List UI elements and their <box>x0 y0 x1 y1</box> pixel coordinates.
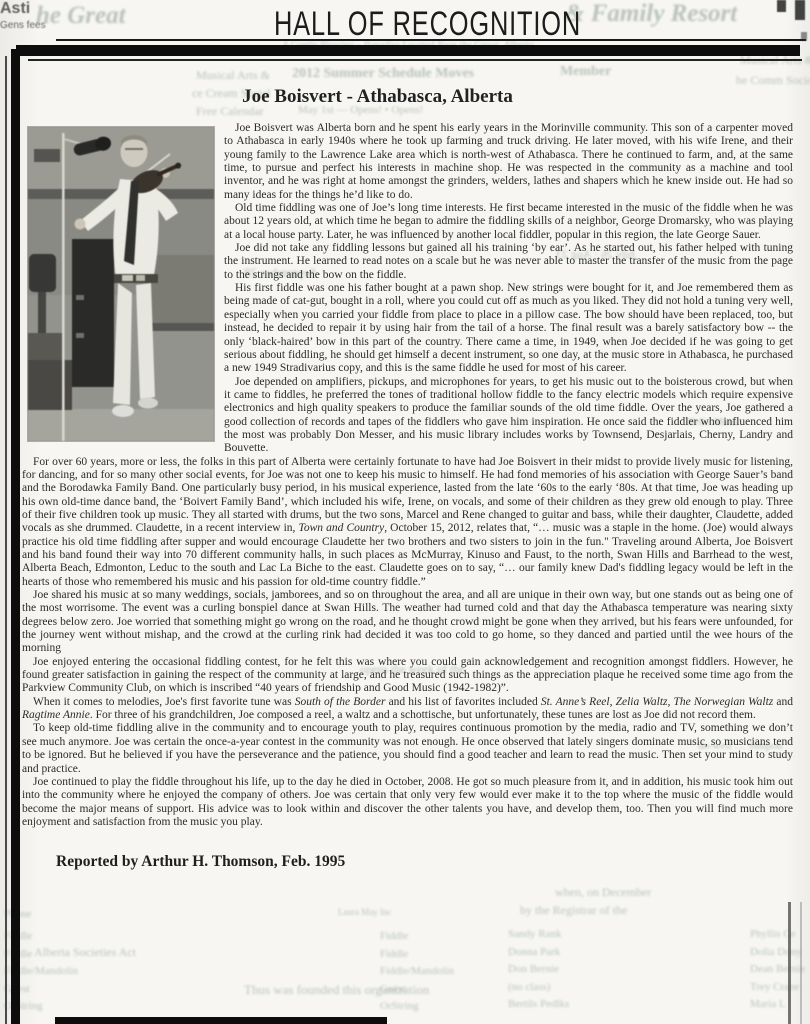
article-paragraph: When it comes to melodies, Joe's first f… <box>22 696 793 723</box>
bleedthrough-text: by the Registrar of the <box>520 904 627 917</box>
article-paragraph: Joe continued to play the fiddle through… <box>22 776 793 829</box>
article-paragraph: To keep old-time fiddling alive in the c… <box>22 722 793 775</box>
scan-artifact <box>795 0 805 20</box>
bleedthrough-text: FiddleFiddleFiddle/MandolinGuestOrString <box>380 928 454 1016</box>
bleedthrough-text: when, on December <box>555 886 651 899</box>
article-box-left-border-echo <box>5 56 7 1024</box>
scan-edge-line <box>788 902 791 1024</box>
scan-artifact <box>777 0 786 12</box>
bleedthrough-text: Phyllis CeDolia DonyDean BernieTrey Cran… <box>750 926 805 1014</box>
paragraph-text: Joe Boisvert was Alberta born and he spe… <box>224 122 793 201</box>
scanned-newsletter-page: he Great& Family ResortA Gentle Blessing… <box>0 0 810 1024</box>
article-paragraph: Joe enjoyed entering the occasional fidd… <box>22 656 793 696</box>
paragraph-text: To keep old-time fiddling alive in the c… <box>22 722 793 774</box>
article-box-top-border <box>16 45 800 56</box>
bleedthrough-text: he Great <box>36 2 126 30</box>
bleedthrough-text: Sandy RankDonna ParkDon Bernie(no class)… <box>508 926 569 1014</box>
bleedthrough-text: Asti <box>0 0 30 18</box>
article-box-left-border <box>11 49 20 1024</box>
bleedthrough-text: Alberta Societies Act <box>34 946 136 959</box>
article-box-bottom-border <box>55 1017 387 1024</box>
italic-title-text: South of the Border <box>295 696 386 708</box>
article-box-top-border-inner <box>28 59 802 61</box>
scan-edge-line-faint <box>800 902 802 1024</box>
article-title: Joe Boisvert - Athabasca, Alberta <box>0 86 763 108</box>
article-body: Joe Boisvert was Alberta born and he spe… <box>22 122 793 829</box>
photo-joe-boisvert <box>28 127 214 441</box>
bleedthrough-text: Thus was founded this organization <box>244 983 429 997</box>
paragraph-text: His first fiddle was one his father boug… <box>224 282 793 374</box>
paragraph-text: Joe continued to play the fiddle through… <box>22 776 793 828</box>
paragraph-text: Joe did not take any fiddling lessons bu… <box>224 242 793 281</box>
paragraph-text: and <box>773 696 793 708</box>
paragraph-text: Joe shared his music at so many weddings… <box>22 589 793 654</box>
article-byline: Reported by Arthur H. Thomson, Feb. 1995 <box>56 853 793 871</box>
italic-title-text: Ragtime Annie <box>22 709 90 721</box>
paragraph-text: Joe enjoyed entering the occasional fidd… <box>22 656 793 695</box>
article: Joe Boisvert - Athabasca, Alberta <box>22 57 793 871</box>
paragraph-text: and his list of favorites included <box>385 696 540 708</box>
italic-title-text: St. Anne’s Reel, Zelia Waltz, The Norweg… <box>541 696 773 708</box>
article-paragraph: For over 60 years, more or less, the fol… <box>22 456 793 589</box>
bleedthrough-text: Laura May Inc <box>338 908 391 918</box>
article-paragraph: Joe shared his music at so many weddings… <box>22 589 793 656</box>
paragraph-text: When it comes to melodies, Joe's first f… <box>33 696 295 708</box>
scan-artifact <box>801 32 807 41</box>
fiddler-photo-graphic <box>28 127 214 441</box>
bleedthrough-text: & Family Resort <box>565 0 737 28</box>
italic-title-text: Town and Country <box>299 522 385 534</box>
paragraph-text: Old time fiddling was one of Joe’s long … <box>224 202 793 241</box>
paragraph-text: Joe depended on amplifiers, pickups, and… <box>224 376 793 455</box>
page-title: HALL OF RECOGNITION <box>274 4 581 44</box>
bleedthrough-text: Gens fees <box>0 20 46 31</box>
paragraph-text: . For three of his grandchildren, Joe co… <box>90 709 756 721</box>
